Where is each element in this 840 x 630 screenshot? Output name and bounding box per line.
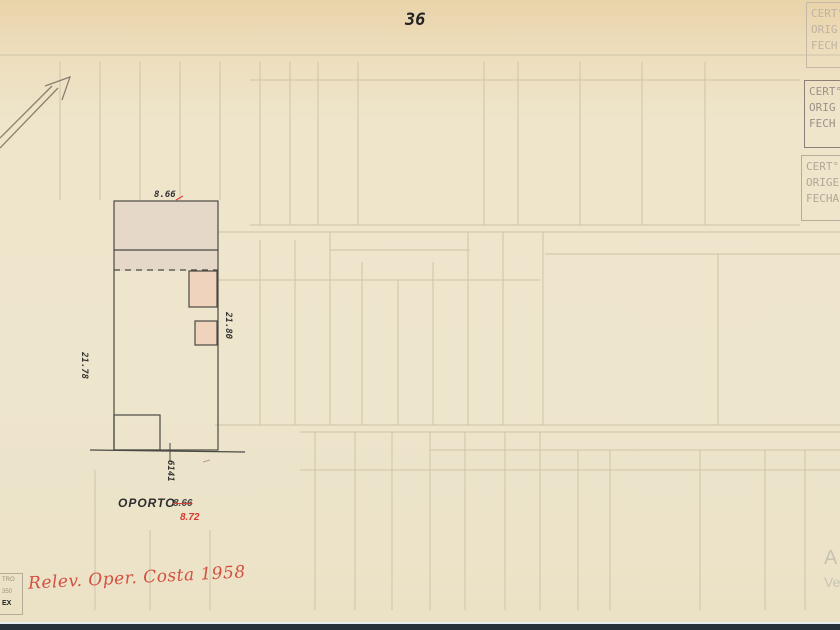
watermark-line: A [824, 546, 840, 570]
front-width-new: 8.72 [180, 512, 199, 523]
stamp-line: ORIG [811, 22, 840, 38]
taskbar-edge [0, 622, 840, 630]
stamp-line: FECH [811, 38, 840, 54]
right-depth-dimension: 21.80 [223, 312, 233, 339]
certificate-stamp: CERT° ORIG FECH [806, 2, 840, 68]
corner-stamp: TRO 350 EX [0, 573, 23, 615]
corner-stamp-line: EX [2, 598, 22, 610]
corner-stamp-line: 350 [2, 586, 22, 598]
stamp-line: CERT° [806, 159, 840, 175]
stamp-line: ORIGE [806, 175, 840, 191]
stamp-line: FECH [809, 116, 840, 132]
street-name: OPORTO [118, 496, 176, 510]
page-number: 36 [405, 10, 425, 30]
lot-number: 6141 [165, 460, 175, 482]
watermark-line: Ve [824, 570, 840, 594]
certificate-stamp: CERT° ORIGE FECHA [801, 155, 840, 221]
form-grid-lines [0, 0, 840, 622]
corner-stamp-line: TRO [2, 574, 22, 586]
left-depth-dimension: 21.78 [79, 352, 89, 379]
stamp-line: ORIG [809, 100, 840, 116]
top-width-dimension: 8.66 [154, 190, 176, 200]
front-width-old: 8.66 [173, 498, 192, 509]
stamp-line: CERT° [811, 6, 840, 22]
plot-plan [90, 196, 245, 462]
activation-watermark: A Ve [824, 546, 840, 594]
stamp-line: FECHA [806, 191, 840, 207]
certificate-stamp: CERT° ORIG FECH [804, 80, 840, 148]
stamp-line: CERT° [809, 84, 840, 100]
